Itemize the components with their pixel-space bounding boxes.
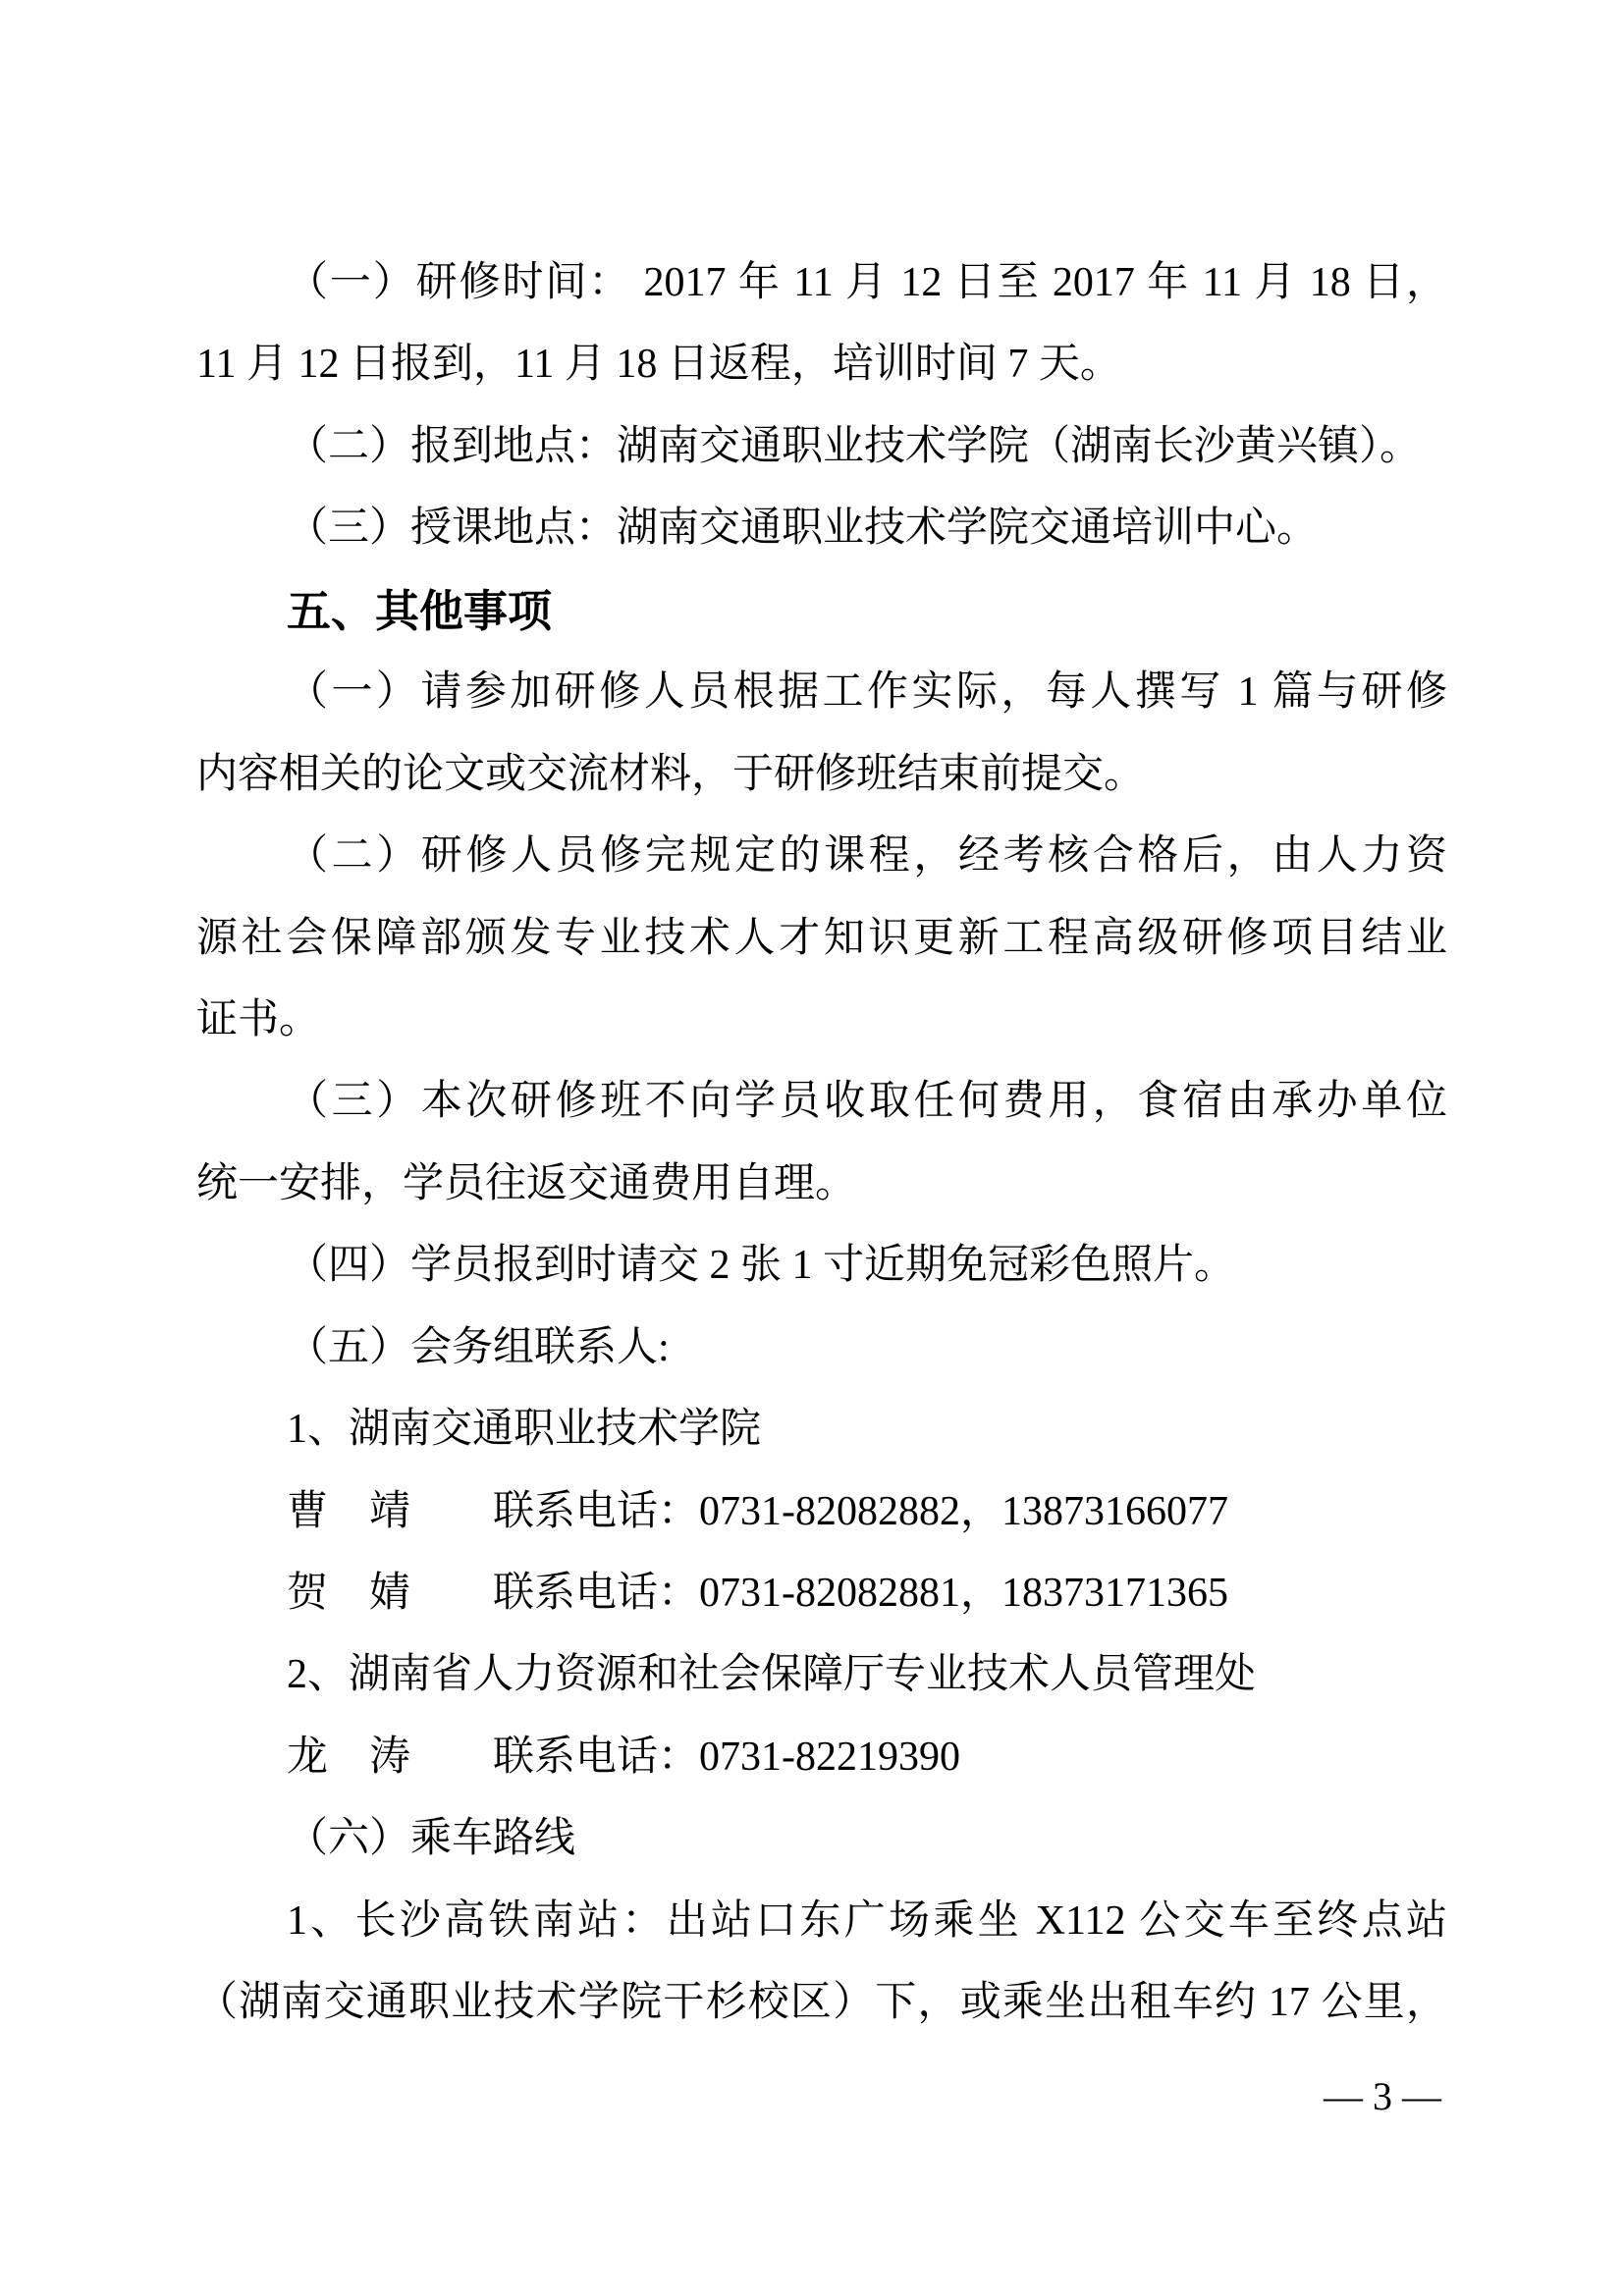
line-photo-requirement: （四）学员报到时请交 2 张 1 寸近期免冠彩色照片。 xyxy=(196,1225,1447,1307)
line-certificate-1: （二）研修人员修完规定的课程，经考核合格后，由人力资 xyxy=(196,816,1447,897)
line-contacts-title: （五）会务组联系人: xyxy=(196,1308,1447,1389)
line-contact-he-jing: 贺 婧 联系电话：0731-82082881，18373171365 xyxy=(196,1553,1447,1634)
line-training-time-1: （一）研修时间： 2017 年 11 月 12 日至 2017 年 11 月 1… xyxy=(196,242,1447,324)
line-teaching-location: （三）授课地点：湖南交通职业技术学院交通培训中心。 xyxy=(196,488,1447,569)
line-training-time-2: 11 月 12 日报到，11 月 18 日返程，培训时间 7 天。 xyxy=(196,324,1447,405)
page-number: — 3 — xyxy=(1324,2057,1441,2136)
line-organization-1: 1、湖南交通职业技术学院 xyxy=(196,1389,1447,1470)
line-paper-requirement-1: （一）请参加研修人员根据工作实际，每人撰写 1 篇与研修 xyxy=(196,652,1447,733)
line-bus-route-1: 1、长沙高铁南站：出站口东广场乘坐 X112 公交车至终点站 xyxy=(196,1881,1447,1962)
line-bus-route-title: （六）乘车路线 xyxy=(196,1798,1447,1880)
line-contact-long-tao: 龙 涛 联系电话：0731-82219390 xyxy=(196,1717,1447,1798)
line-fees-2: 统一安排，学员往返交通费用自理。 xyxy=(196,1144,1447,1225)
line-certificate-3: 证书。 xyxy=(196,980,1447,1061)
line-contact-cao-jing: 曹 靖 联系电话：0731-82082882，13873166077 xyxy=(196,1471,1447,1553)
document-body: （一）研修时间： 2017 年 11 月 12 日至 2017 年 11 月 1… xyxy=(196,242,1447,2045)
document-page: （一）研修时间： 2017 年 11 月 12 日至 2017 年 11 月 1… xyxy=(0,0,1623,2296)
line-bus-route-2: （湖南交通职业技术学院干杉校区）下，或乘坐出租车约 17 公里， xyxy=(196,1962,1447,2044)
section-heading-other-matters: 五、其他事项 xyxy=(196,570,1447,652)
line-organization-2: 2、湖南省人力资源和社会保障厅专业技术人员管理处 xyxy=(196,1634,1447,1716)
line-paper-requirement-2: 内容相关的论文或交流材料，于研修班结束前提交。 xyxy=(196,734,1447,816)
line-registration-location: （二）报到地点：湖南交通职业技术学院（湖南长沙黄兴镇）。 xyxy=(196,406,1447,488)
line-fees-1: （三）本次研修班不向学员收取任何费用，食宿由承办单位 xyxy=(196,1061,1447,1143)
line-certificate-2: 源社会保障部颁发专业技术人才知识更新工程高级研修项目结业 xyxy=(196,898,1447,980)
